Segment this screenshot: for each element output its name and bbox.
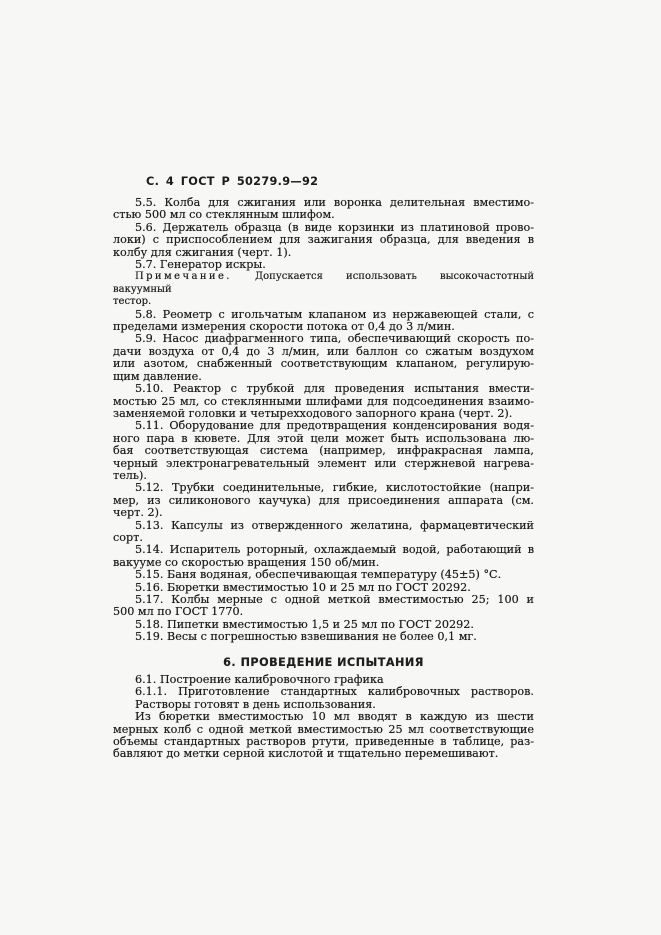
para-5-9: 5.9. Насос диафрагменного типа, обеспечи…: [113, 333, 534, 383]
para-5-11: 5.11. Оборудование для предотвращения ко…: [113, 420, 534, 482]
para-5-5: 5.5. Колба для сжигания или воронка дели…: [113, 197, 534, 222]
text-line: черт. 2).: [113, 507, 534, 519]
text-line: 5.15. Баня водяная, обеспечивающая темпе…: [113, 569, 534, 581]
para-5-8: 5.8. Реометр с игольчатым клапаном из не…: [113, 309, 534, 334]
para-5-17: 5.17. Колбы мерные с одной меткой вмести…: [113, 594, 534, 619]
text-line: 5.11. Оборудование для предотвращения ко…: [113, 420, 534, 432]
text-line: 5.13. Капсулы из отвержденного желатина,…: [113, 520, 534, 532]
scanned-document-page: С. 4 ГОСТ Р 50279.9—92 5.5. Колба для сж…: [0, 0, 661, 935]
running-header: С. 4 ГОСТ Р 50279.9—92: [146, 175, 318, 188]
text-line: бавляют до метки серной кислотой и тщате…: [113, 748, 534, 760]
section-heading-6: 6. ПРОВЕДЕНИЕ ИСПЫТАНИЯ: [113, 657, 534, 669]
para-5-15: 5.15. Баня водяная, обеспечивающая темпе…: [113, 569, 534, 581]
note-5-7: Примечание. Допускается использовать выс…: [113, 271, 534, 308]
text-line: 5.14. Испаритель роторный, охлаждаемый в…: [113, 544, 534, 556]
para-5-14: 5.14. Испаритель роторный, охлаждаемый в…: [113, 544, 534, 569]
para-6-1-1: 6.1.1. Приготовление стандартных калибро…: [113, 686, 534, 698]
text-line: тестор.: [113, 296, 534, 308]
para-5-6: 5.6. Держатель образца (в виде корзинки …: [113, 222, 534, 259]
text-line: мер, из силиконового каучука) для присое…: [113, 495, 534, 507]
text-line: 6.1.1. Приготовление стандартных калибро…: [113, 686, 534, 698]
text-line: 5.19. Весы с погрешностью взвешивания не…: [113, 631, 534, 643]
para-5-7: 5.7. Генератор искры.: [113, 259, 534, 271]
text-line: черный электронагревательный элемент или…: [113, 458, 534, 470]
para-5-10: 5.10. Реактор с трубкой для проведения и…: [113, 383, 534, 420]
para-burette: Из бюретки вместимостью 10 мл вводят в к…: [113, 711, 534, 761]
text-line: Примечание. Допускается использовать выс…: [113, 271, 534, 296]
text-line: 5.9. Насос диафрагменного типа, обеспечи…: [113, 333, 534, 345]
para-5-13: 5.13. Капсулы из отвержденного желатина,…: [113, 520, 534, 545]
document-content: 5.5. Колба для сжигания или воронка дели…: [113, 197, 534, 761]
text-line: стью 500 мл со стеклянным шлифом.: [113, 209, 534, 221]
para-5-19: 5.19. Весы с погрешностью взвешивания не…: [113, 631, 534, 643]
text-line: 5.10. Реактор с трубкой для проведения и…: [113, 383, 534, 395]
text-line: или азотом, снабженный соответствующим к…: [113, 358, 534, 370]
text-line: 5.7. Генератор искры.: [113, 259, 534, 271]
text-line: Из бюретки вместимостью 10 мл вводят в к…: [113, 711, 534, 723]
text-line: 500 мл по ГОСТ 1770.: [113, 606, 534, 618]
text-line: 6. ПРОВЕДЕНИЕ ИСПЫТАНИЯ: [113, 657, 534, 669]
para-5-12: 5.12. Трубки соединительные, гибкие, кис…: [113, 482, 534, 519]
text-line: локи) с приспособлением для зажигания об…: [113, 234, 534, 246]
text-line: 5.12. Трубки соединительные, гибкие, кис…: [113, 482, 534, 494]
note-label: Примечание.: [135, 271, 232, 282]
text-line: бая соответствующая система (например, и…: [113, 445, 534, 457]
